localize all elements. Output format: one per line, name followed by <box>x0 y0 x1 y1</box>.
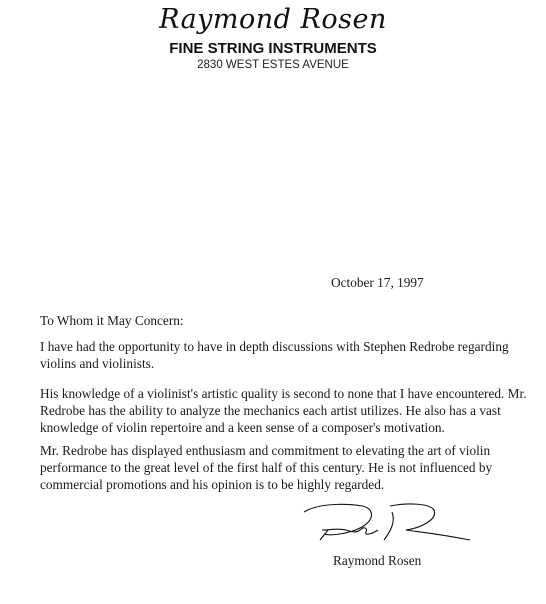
letter-date: October 17, 1997 <box>331 274 424 291</box>
letterhead-tagline: FINE STRING INSTRUMENTS <box>0 40 546 57</box>
signatory-name: Raymond Rosen <box>333 552 421 569</box>
paragraph-1: I have had the opportunity to have in de… <box>40 338 540 372</box>
letterhead-address: 2830 WEST ESTES AVENUE <box>0 59 546 71</box>
signature-icon <box>300 500 520 560</box>
salutation: To Whom it May Concern: <box>40 312 184 329</box>
paragraph-2: His knowledge of a violinist's artistic … <box>40 385 540 436</box>
paragraph-3: Mr. Redrobe has displayed enthusiasm and… <box>40 442 540 493</box>
letterhead-name: Raymond Rosen <box>0 4 546 35</box>
